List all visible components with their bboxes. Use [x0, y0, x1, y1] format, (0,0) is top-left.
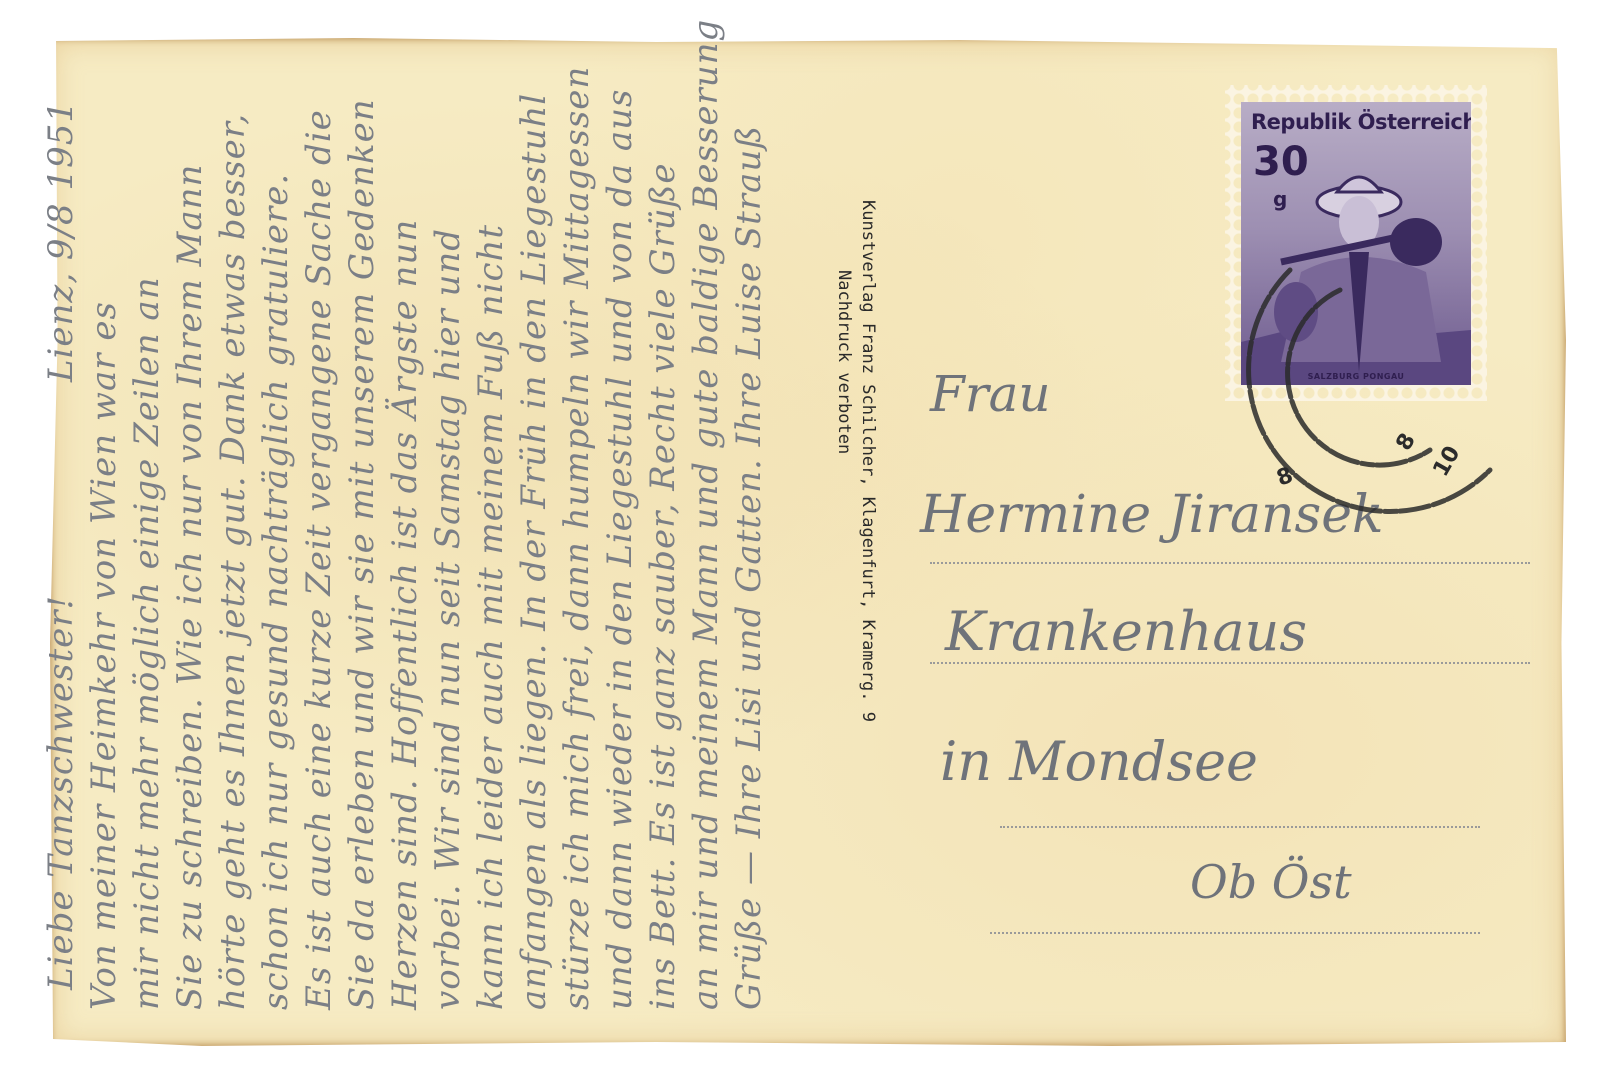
message-line: mir nicht mehr möglich einige Zeilen an — [126, 60, 169, 1010]
message-line: vorbei. Wir sind nun seit Samstag hier u… — [427, 60, 470, 1010]
handwritten-message: Liebe Tanzschwester! Lienz, 9/8 1951 Von… — [40, 60, 870, 1010]
address-institution: Krankenhaus — [945, 600, 1545, 663]
message-line: Grüße — Ihre Lisi und Gatten. Ihre Luise… — [728, 60, 771, 1010]
svg-text:10: 10 — [1429, 442, 1466, 481]
message-line: hörte geht es Ihnen jetzt gut. Dank etwa… — [212, 60, 255, 1010]
message-line: und dann wieder in den Liegestuhl und vo… — [599, 60, 642, 1010]
message-body: Von meiner Heimkehr von Wien war esmir n… — [83, 60, 771, 1010]
message-line: ins Bett. Es ist ganz sauber, Recht viel… — [642, 60, 685, 1010]
message-line: kann ich leider auch mit meinem Fuß nich… — [470, 60, 513, 1010]
publisher-imprint: Kunstverlag Franz Schilcher, Klagenfurt,… — [820, 200, 880, 840]
message-line: an mir und meinem Mann und gute baldige … — [685, 60, 728, 1010]
message-line: Herzen sind. Hoffentlich ist das Ärgste … — [384, 60, 427, 1010]
address-rule-1 — [930, 562, 1530, 564]
address-rule-4 — [990, 932, 1480, 934]
svg-text:8: 8 — [1274, 463, 1297, 492]
stamp-value: 30 — [1253, 142, 1309, 182]
address-region: Ob Öst — [1190, 855, 1600, 909]
imprint-reprint-notice: Nachdruck verboten — [832, 200, 856, 840]
message-line: Es ist auch eine kurze Zeit vergangene S… — [298, 60, 341, 1010]
stamp-country: Republik Österreich — [1251, 110, 1471, 134]
address-rule-2 — [930, 662, 1530, 664]
message-line: stürze ich mich frei, dann humpeln wir M… — [556, 60, 599, 1010]
message-line: Von meiner Heimkehr von Wien war es — [83, 60, 126, 1010]
message-line: anfangen als liegen. In der Früh in den … — [513, 60, 556, 1010]
address-city: in Mondsee — [940, 730, 1540, 793]
stamp-unit: g — [1273, 187, 1287, 211]
postmark-cancellation-icon: 8 8 10 — [1190, 230, 1520, 560]
svg-text:8: 8 — [1392, 429, 1421, 455]
imprint-publisher: Kunstverlag Franz Schilcher, Klagenfurt,… — [856, 200, 880, 840]
address-rule-3 — [1000, 826, 1480, 828]
message-line: Sie da erleben und wir sie mit unserem G… — [341, 60, 384, 1010]
message-line: Sie zu schreiben. Wie ich nur von Ihrem … — [169, 60, 212, 1010]
message-line: schon ich nur gesund nachträglich gratul… — [255, 60, 298, 1010]
message-place-date: Lienz, 9/8 1951 — [40, 100, 83, 382]
